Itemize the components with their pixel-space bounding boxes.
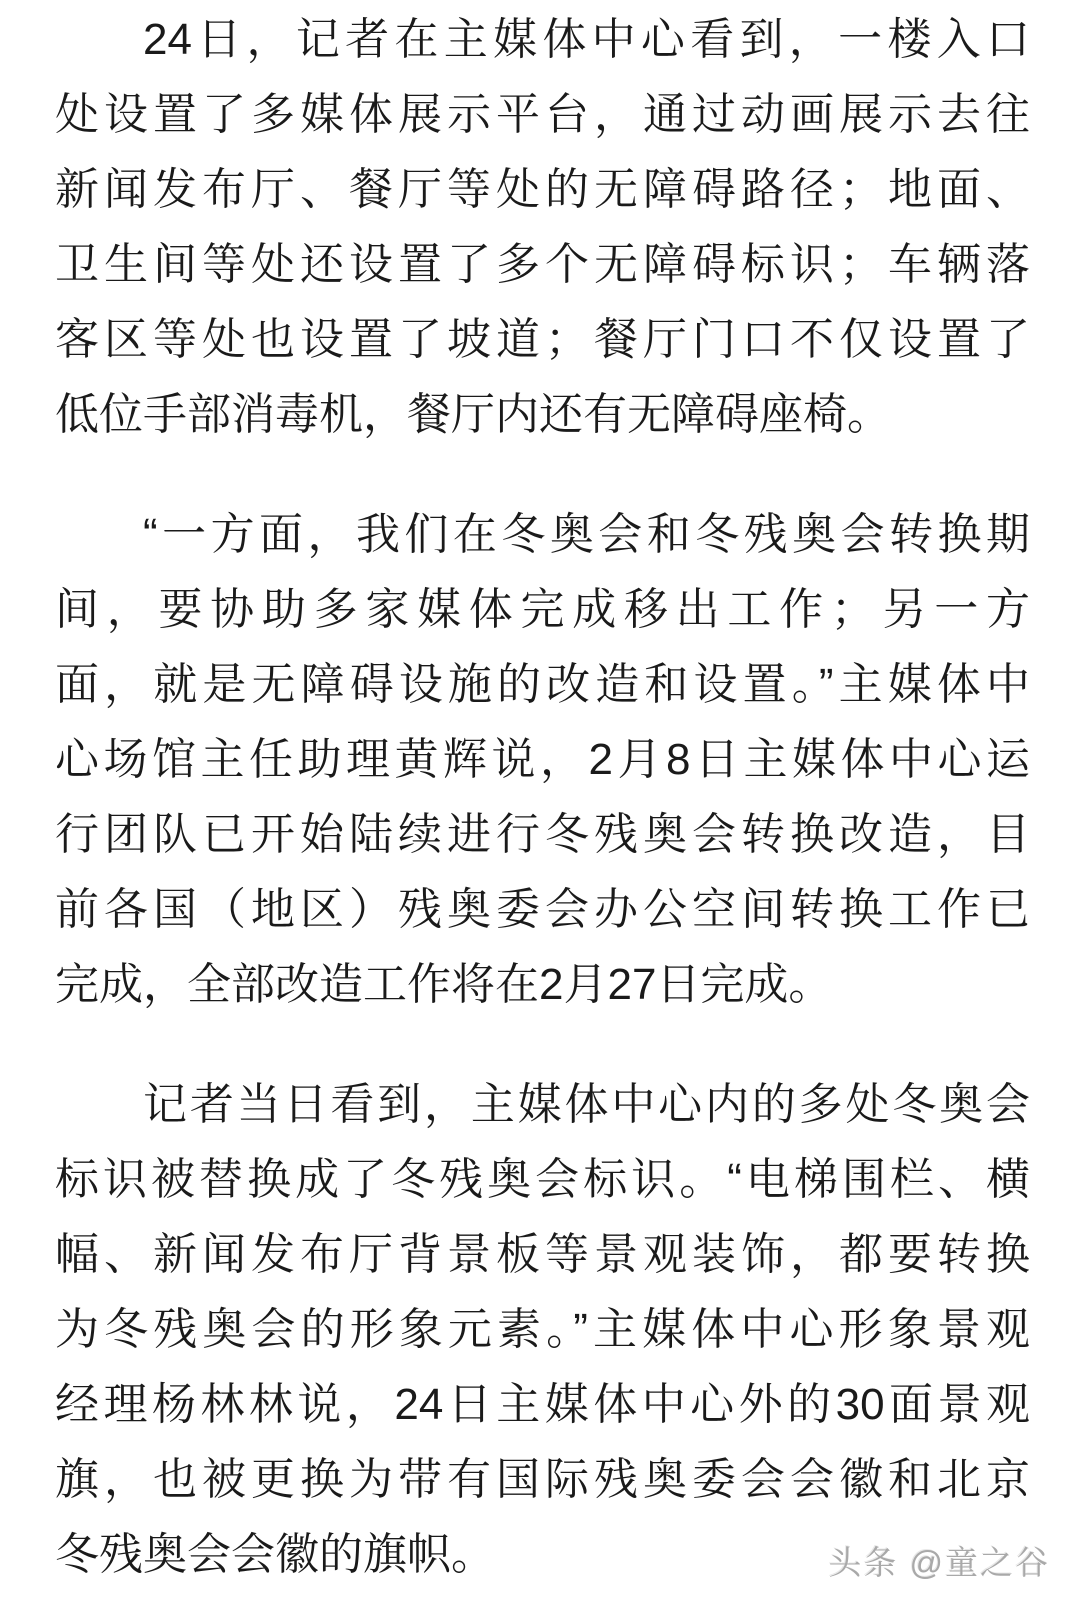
article-line: 间，要协助多家媒体完成移出工作；另一方 xyxy=(55,572,1030,647)
article-line: 卫生间等处还设置了多个无障碍标识；车辆落 xyxy=(55,227,1030,302)
article-line: 低位手部消毒机，餐厅内还有无障碍座椅。 xyxy=(55,377,1030,452)
article-line: 24日，记者在主媒体中心看到，一楼入口 xyxy=(55,2,1030,77)
article-line: 经理杨林林说，24日主媒体中心外的30面景观 xyxy=(55,1367,1030,1442)
article-line: 旗，也被更换为带有国际残奥委会会徽和北京 xyxy=(55,1442,1030,1517)
toutiao-watermark: 头条 @童之谷 xyxy=(828,1537,1050,1584)
article-line: 标识被替换成了冬残奥会标识。“电梯围栏、横 xyxy=(55,1142,1030,1217)
article-line: 处设置了多媒体展示平台，通过动画展示去往 xyxy=(55,77,1030,152)
article-line: 面，就是无障碍设施的改造和设置。”主媒体中 xyxy=(55,647,1030,722)
paragraph-quote-huanghui: “一方面，我们在冬奥会和冬残奥会转换期 间，要协助多家媒体完成移出工作；另一方 … xyxy=(55,497,1030,1022)
article-line: 心场馆主任助理黄辉说，2月8日主媒体中心运 xyxy=(55,722,1030,797)
article-line: 完成，全部改造工作将在2月27日完成。 xyxy=(55,947,1030,1022)
article-line: 行团队已开始陆续进行冬残奥会转换改造，目 xyxy=(55,797,1030,872)
article-line: 为冬残奥会的形象元素。”主媒体中心形象景观 xyxy=(55,1292,1030,1367)
article-line: 记者当日看到，主媒体中心内的多处冬奥会 xyxy=(55,1067,1030,1142)
paragraph-accessibility-facilities: 24日，记者在主媒体中心看到，一楼入口 处设置了多媒体展示平台，通过动画展示去往… xyxy=(55,2,1030,452)
article-line: 前各国（地区）残奥委会办公空间转换工作已 xyxy=(55,872,1030,947)
article-line: 幅、新闻发布厅背景板等景观装饰，都要转换 xyxy=(55,1217,1030,1292)
article-line: “一方面，我们在冬奥会和冬残奥会转换期 xyxy=(55,497,1030,572)
article-line: 客区等处也设置了坡道；餐厅门口不仅设置了 xyxy=(55,302,1030,377)
paragraph-signage-replacement: 记者当日看到，主媒体中心内的多处冬奥会 标识被替换成了冬残奥会标识。“电梯围栏、… xyxy=(55,1067,1030,1592)
article-body: 24日，记者在主媒体中心看到，一楼入口 处设置了多媒体展示平台，通过动画展示去往… xyxy=(55,2,1030,1592)
article-line: 新闻发布厅、餐厅等处的无障碍路径；地面、 xyxy=(55,152,1030,227)
